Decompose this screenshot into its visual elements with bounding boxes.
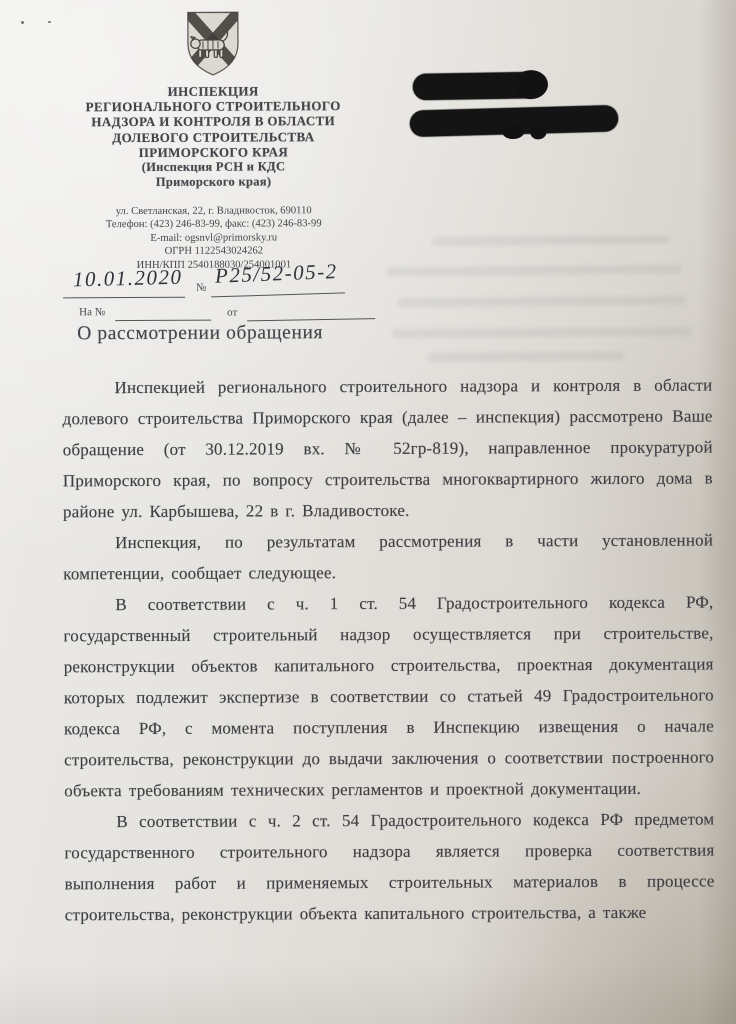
number-underline (211, 292, 345, 297)
handwritten-outgoing-number: Р25/52-05-2 (215, 259, 339, 289)
in-reply-number-underline (115, 320, 211, 321)
paper-speck (21, 21, 24, 24)
in-reply-date-underline (247, 318, 375, 321)
letterhead: ИНСПЕКЦИЯ РЕГИОНАЛЬНОГО СТРОИТЕЛЬНОГО НА… (33, 8, 394, 273)
subject-line: О рассмотрении обращения (77, 322, 323, 345)
paragraph: Инспекцией регионального строительного н… (62, 369, 713, 527)
paper-speck (48, 21, 51, 23)
paragraph: Инспекция, по результатам рассмотрения в… (63, 524, 713, 589)
letter-content: ИНСПЕКЦИЯ РЕГИОНАЛЬНОГО СТРОИТЕЛЬНОГО НА… (0, 0, 736, 1024)
handwritten-date: 10.01.2020 (73, 265, 183, 293)
number-sign-label: № (196, 282, 207, 294)
marker-redaction-stroke (413, 72, 544, 100)
in-reply-date-label: от (227, 307, 237, 319)
paragraph: В соответствии с ч. 1 ст. 54 Градостроит… (63, 586, 714, 806)
letter-body: Инспекцией регионального строительного н… (62, 369, 714, 930)
org-short-name: (Инспекция РСН и КДС Приморского края) (33, 159, 393, 191)
paragraph: В соответствии с ч. 2 ст. 54 Градостроит… (64, 803, 715, 930)
scanned-letter-page: ИНСПЕКЦИЯ РЕГИОНАЛЬНОГО СТРОИТЕЛЬНОГО НА… (0, 0, 736, 1024)
contact-block: ул. Светланская, 22, г. Владивосток, 690… (34, 204, 394, 273)
date-underline (63, 297, 185, 299)
primorsky-krai-coat-of-arms-icon (176, 9, 250, 79)
org-name: ИНСПЕКЦИЯ РЕГИОНАЛЬНОГО СТРОИТЕЛЬНОГО НА… (33, 83, 393, 161)
in-reply-to-label: На № (79, 306, 105, 318)
